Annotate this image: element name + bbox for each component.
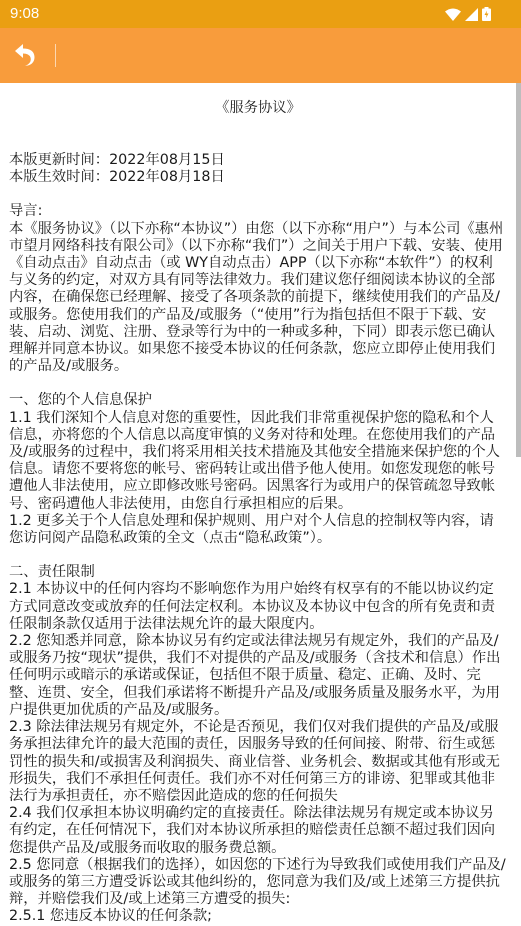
clause: 2.4 我们仅承担本协议明确约定的直接责任。除法律法规另有规定或本协议另有约定，…: [9, 805, 507, 857]
clause: 2.5.1 您违反本协议的任何条款;: [9, 908, 507, 925]
clause[interactable]: 1.2 更多关于个人信息处理和保护规则、用户对个人信息的控制权等内容，请您访问阅…: [9, 513, 507, 547]
document-title: 《服务协议》: [9, 100, 507, 117]
cell-signal-icon: [465, 8, 478, 21]
section-heading: 一、您的个人信息保护: [9, 392, 507, 409]
undo-arrow-icon: [12, 42, 40, 70]
intro-heading: 导言:: [9, 203, 507, 220]
back-button[interactable]: [12, 42, 40, 70]
battery-charging-icon: [482, 7, 491, 21]
app-bar: [0, 28, 521, 83]
status-icons: [445, 7, 491, 21]
effective-time: 本版生效时间：2022年08月18日: [9, 169, 507, 186]
intro-body: 本《服务协议》（以下亦称“本协议”）由您（以下亦称“用户”）与本公司《惠州市望月…: [9, 221, 507, 376]
section-heading: 二、责任限制: [9, 564, 507, 581]
update-time: 本版更新时间：2022年08月15日: [9, 152, 507, 169]
clause: 2.3 除法律法规另有规定外，不论是否预见，我们仅对我们提供的产品及/或服务承担…: [9, 719, 507, 805]
status-bar: 9:08: [0, 0, 521, 28]
clause: 2.2 您知悉并同意，除本协议另有约定或法律法规另有规定外，我们的产品及/或服务…: [9, 633, 507, 719]
clause: 2.5 您同意（根据我们的选择），如因您的下述行为导致我们或使用我们产品及/或服…: [9, 857, 507, 909]
clause: 1.1 我们深知个人信息对您的重要性，因此我们非常重视保护您的隐私和个人信息，亦…: [9, 410, 507, 513]
wifi-icon: [445, 8, 461, 21]
scrollbar[interactable]: [516, 83, 521, 457]
status-time: 9:08: [10, 5, 39, 22]
clause: 2.1 本协议中的任何内容均不影响您作为用户始终有权享有的不能以协议约定方式同意…: [9, 581, 507, 633]
app-bar-divider: [55, 44, 56, 67]
agreement-content[interactable]: 《服务协议》 本版更新时间：2022年08月15日 本版生效时间：2022年08…: [0, 83, 516, 926]
